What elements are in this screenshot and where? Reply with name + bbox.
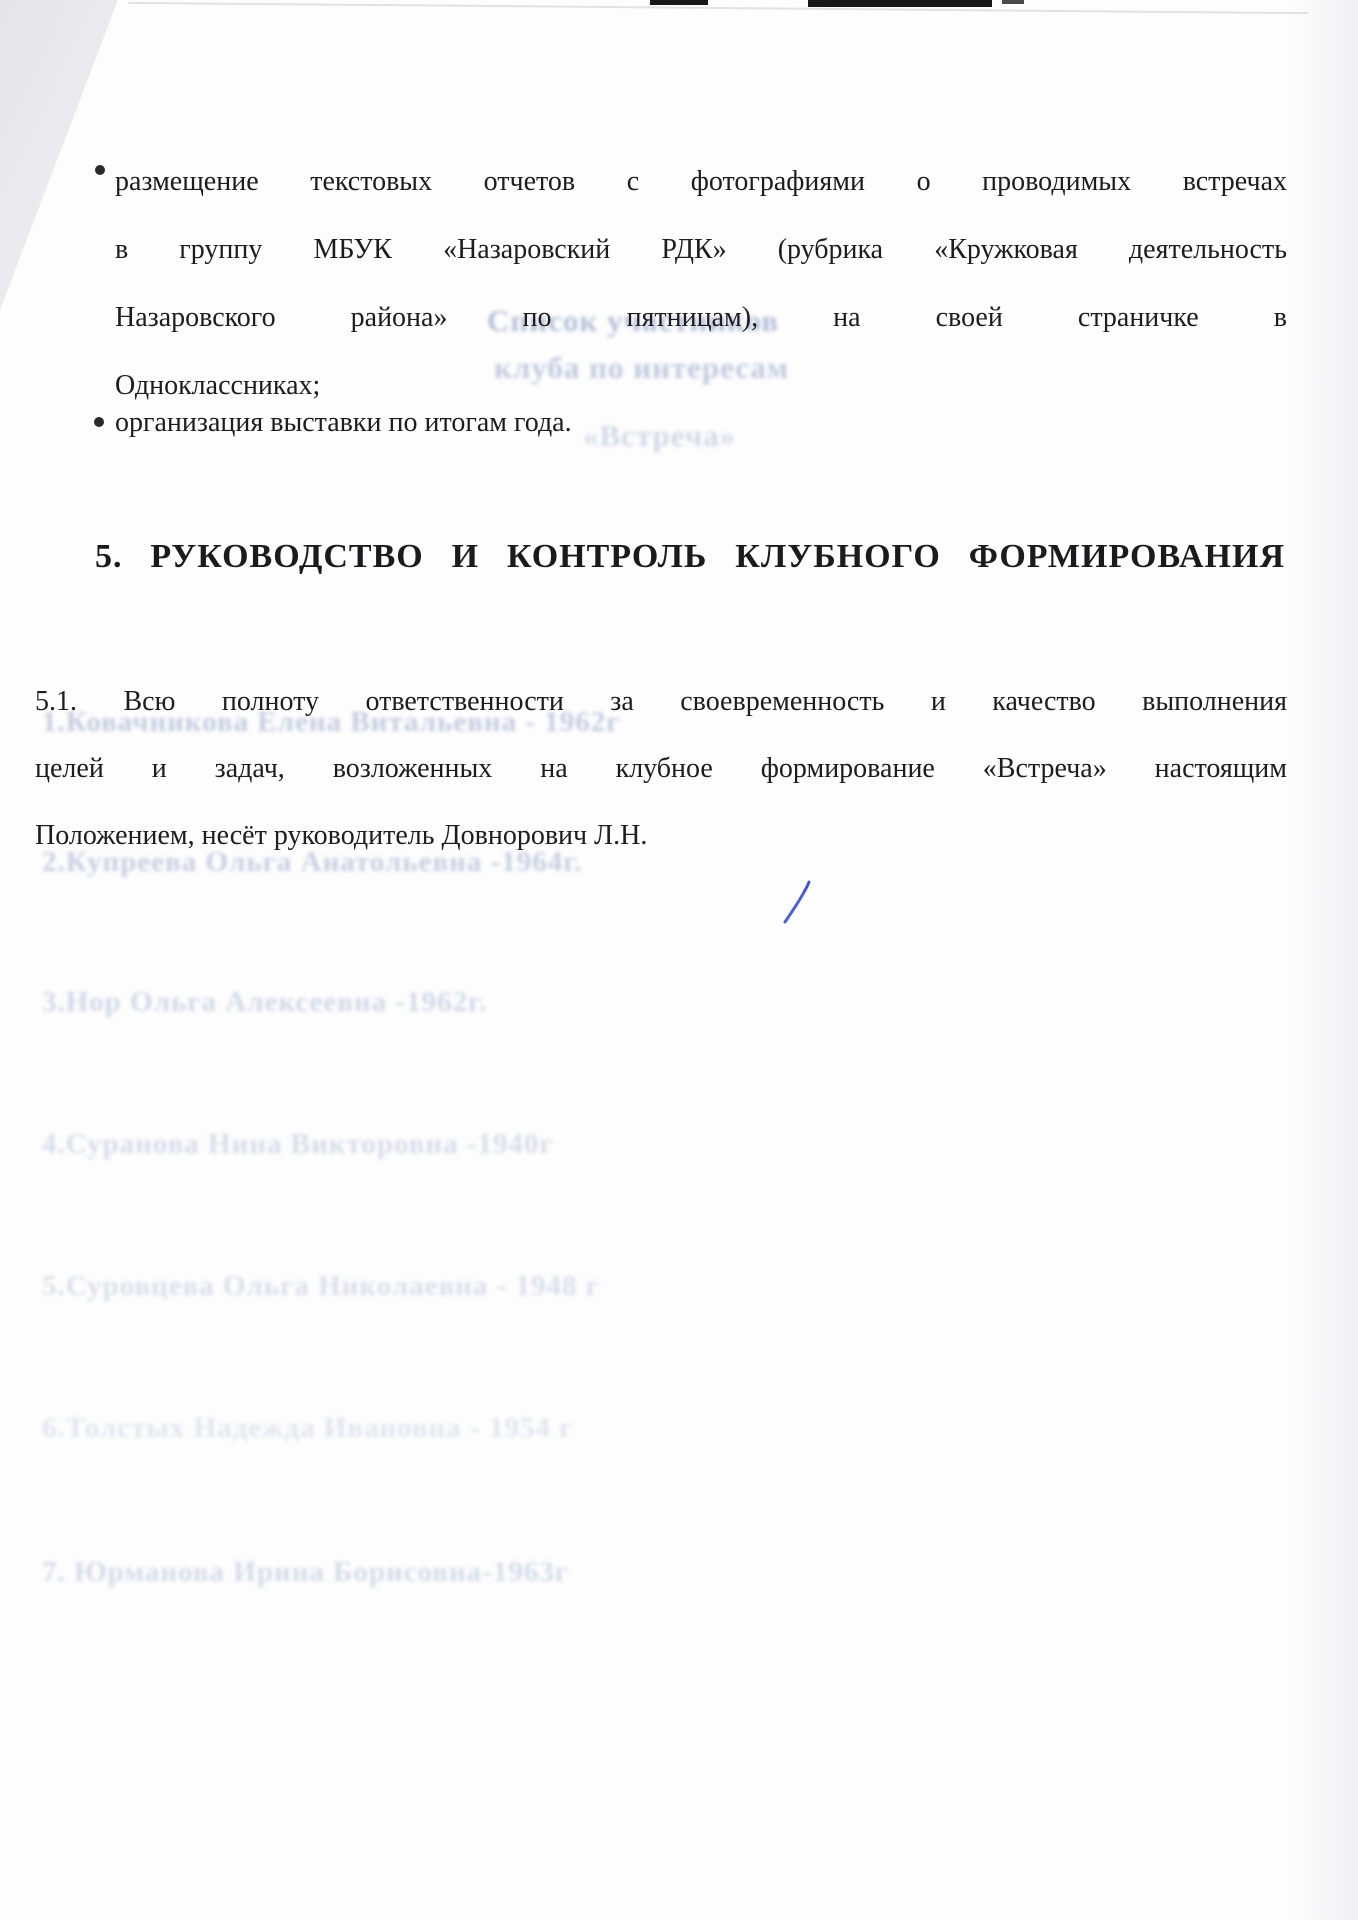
- bleed-member-line: 5.Суровцева Ольга Николаевна - 1948 г: [42, 1270, 600, 1303]
- section-heading: 5. РУКОВОДСТВО И КОНТРОЛЬ КЛУБНОГО ФОРМИ…: [95, 536, 1285, 578]
- bullet1-line3: Назаровского района» по пятницам), на св…: [115, 284, 1287, 352]
- paragraph-line3: Положением, несёт руководитель Довнорови…: [35, 802, 1287, 869]
- scan-edge-shadow: [1288, 0, 1358, 1920]
- bullet-item-reports: размещение текстовых отчетов с фотографи…: [115, 148, 1287, 420]
- bullet1-line2: в группу МБУК «Назаровский РДК» (рубрика…: [115, 216, 1287, 284]
- scan-edge-line: [128, 2, 1308, 14]
- bullet-dot-icon: [95, 165, 105, 175]
- paragraph-line2: целей и задач, возложенных на клубное фо…: [35, 735, 1287, 802]
- scanned-document-page: Список участников клуба по интересам «Вс…: [0, 0, 1358, 1920]
- bullet1-line1: размещение текстовых отчетов с фотографи…: [115, 148, 1287, 216]
- scan-artifact-mark: [1002, 0, 1024, 4]
- bullet-item-exhibition: организация выставки по итогам года.: [115, 403, 1287, 443]
- scan-artifact-mark: [808, 0, 992, 7]
- bleed-member-line: 7. Юрманова Ирина Борисовна-1963г: [42, 1556, 569, 1589]
- bleed-member-line: 4.Суранова Нина Викторовна -1940г: [42, 1128, 554, 1161]
- pen-tick-mark: [778, 878, 818, 926]
- paragraph-5-1: 5.1. Всю полноту ответственности за свое…: [35, 668, 1287, 869]
- bleed-member-line: 6.Толстых Надежда Ивановна - 1954 г: [42, 1412, 573, 1445]
- bullet2-line1: организация выставки по итогам года.: [115, 403, 1287, 443]
- bullet-dot-icon: [94, 417, 104, 427]
- paragraph-line1: 5.1. Всю полноту ответственности за свое…: [35, 668, 1287, 735]
- scan-artifact-mark: [650, 0, 708, 5]
- bleed-member-line: 3.Нор Ольга Алексеевна -1962г.: [42, 986, 487, 1019]
